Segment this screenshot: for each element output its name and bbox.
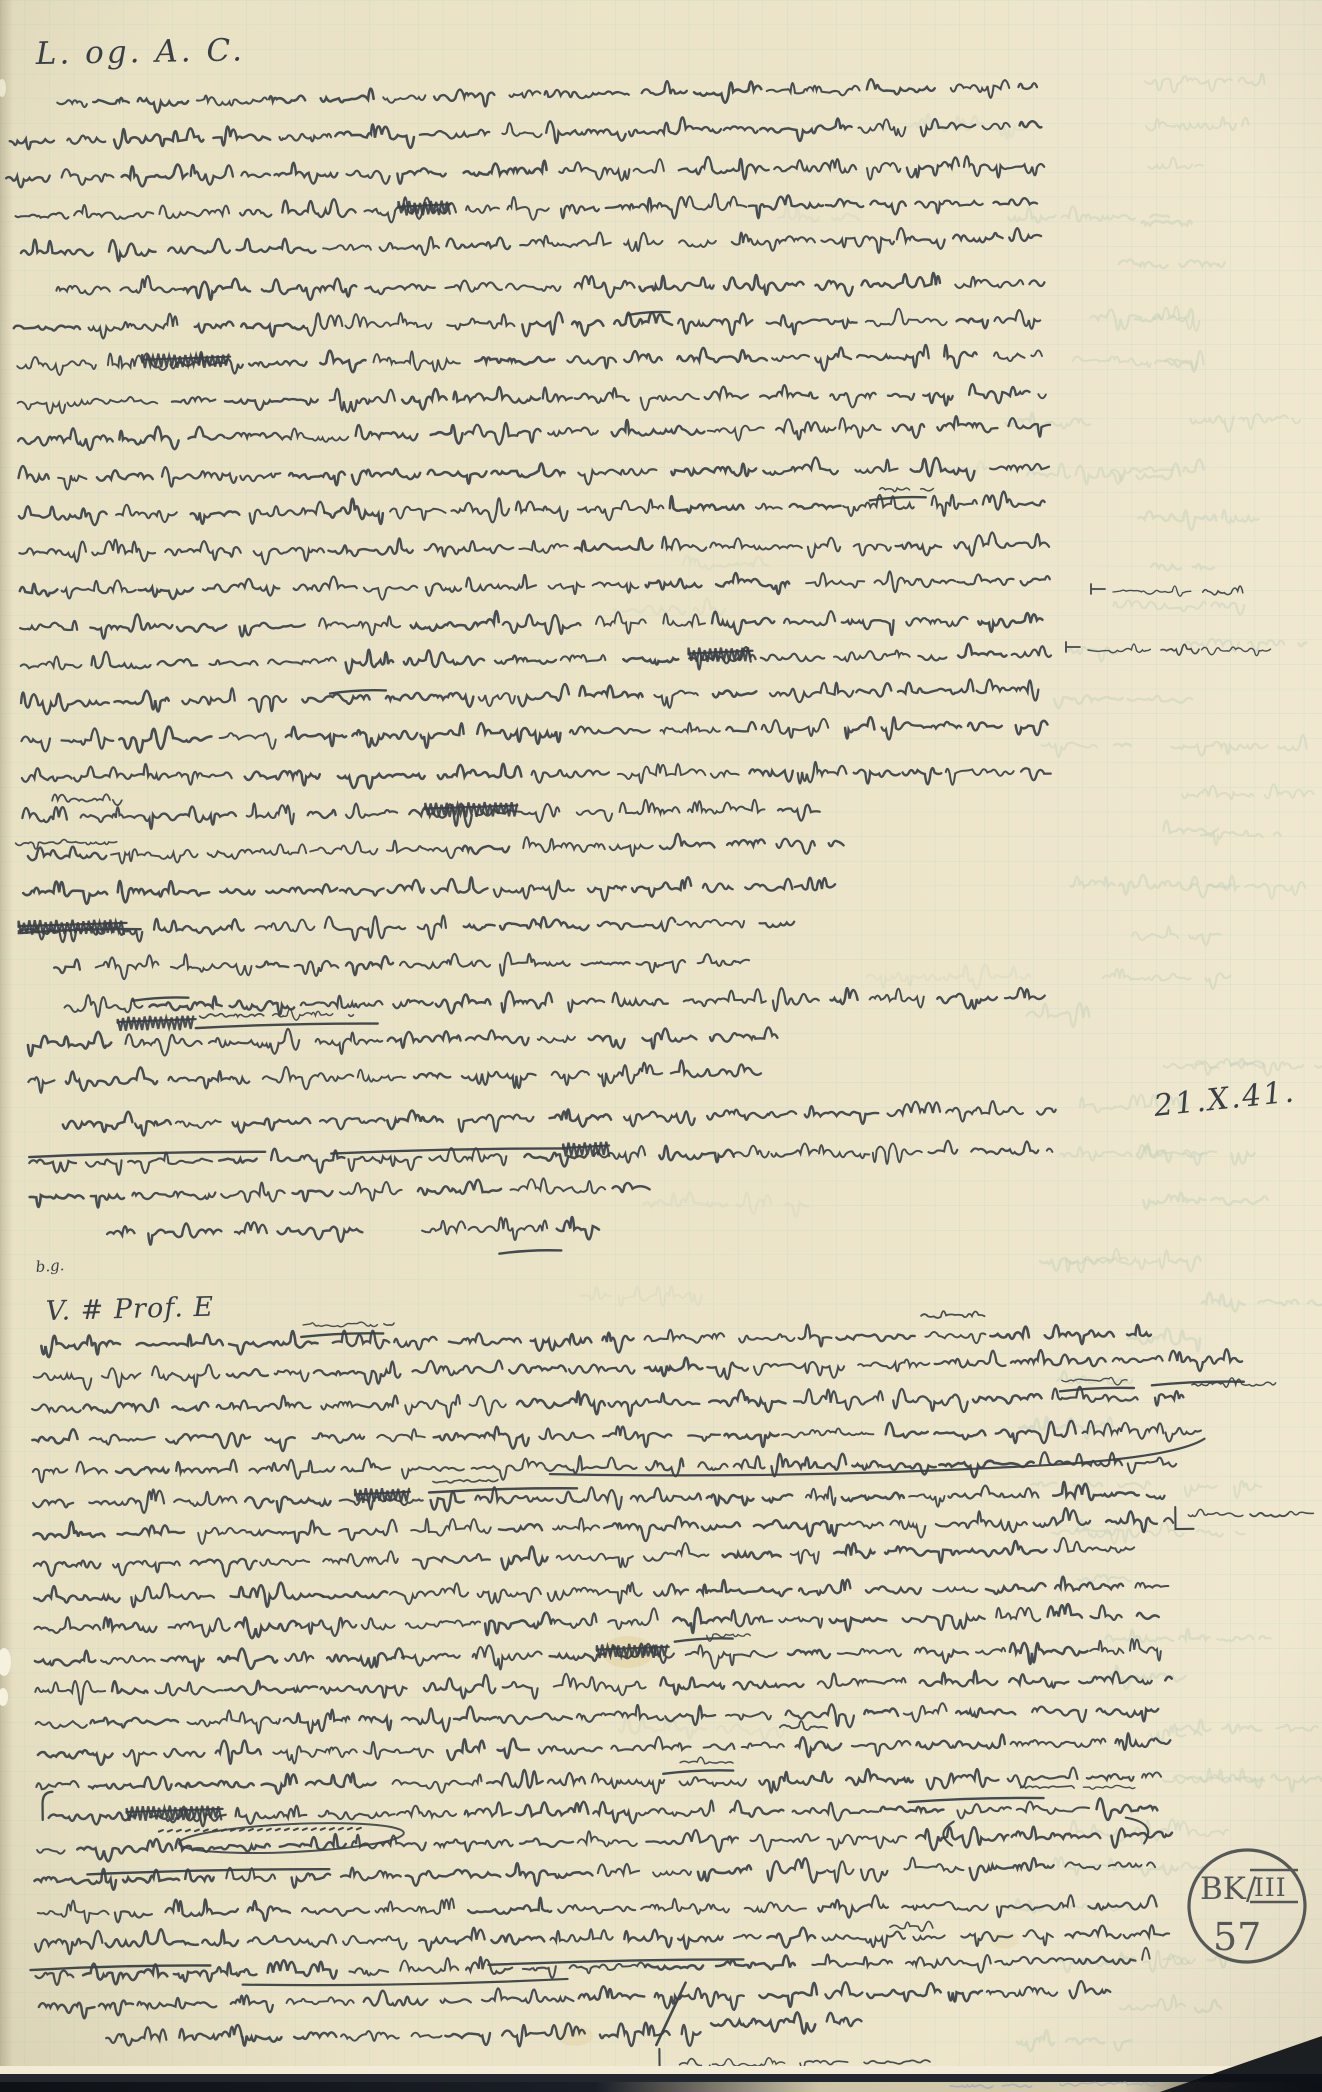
manuscript-scan: L. og. A. C. 21.X.41. b.g. V. # Prof. E … <box>0 0 1322 2092</box>
manuscript-canvas: L. og. A. C. 21.X.41. b.g. V. # Prof. E … <box>0 0 1322 2092</box>
vignette <box>0 0 1322 2092</box>
left-edge-shadow <box>0 0 13 2092</box>
